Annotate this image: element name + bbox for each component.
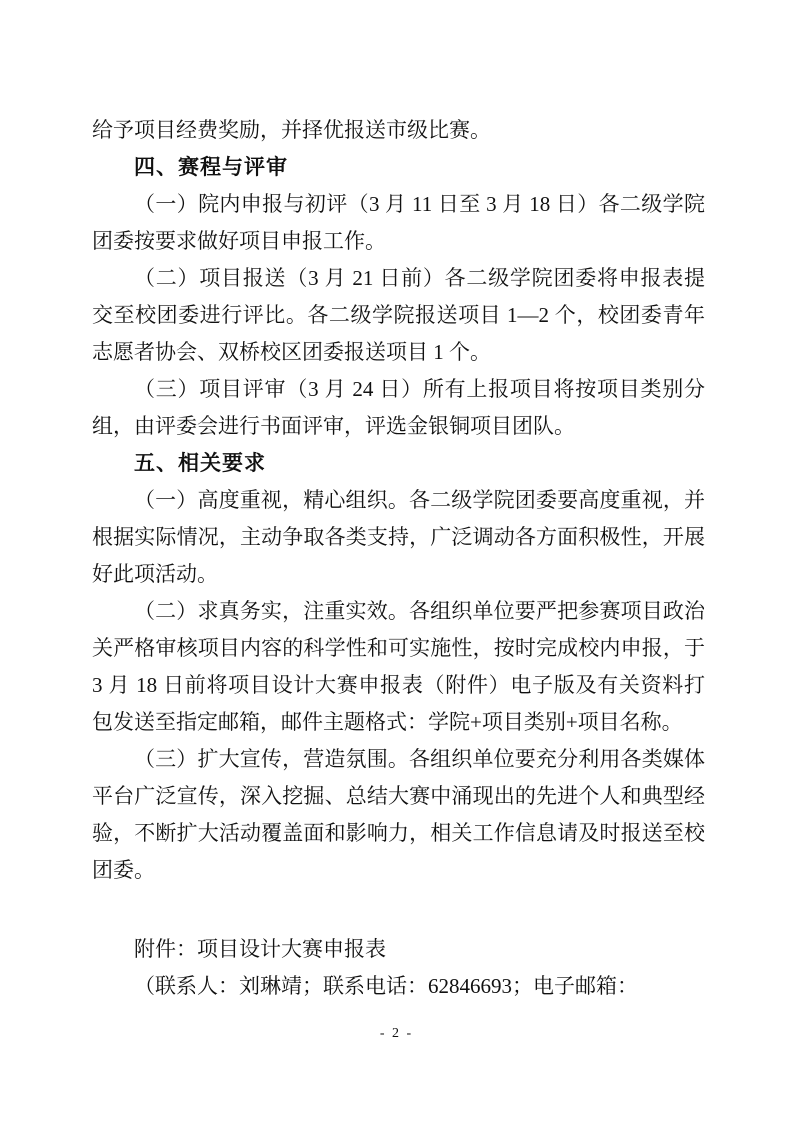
paragraph-requirement-2: （二）求真务实，注重实效。各组织单位要严把参赛项目政治关严格审核项目内容的科学性… — [92, 593, 705, 741]
document-page: 给予项目经费奖励，并择优报送市级比赛。 四、赛程与评审 （一）院内申报与初评（3… — [0, 0, 793, 1122]
section-heading-4: 四、赛程与评审 — [92, 149, 705, 186]
paragraph-continuation: 给予项目经费奖励，并择优报送市级比赛。 — [92, 112, 705, 149]
paragraph-requirement-1: （一）高度重视，精心组织。各二级学院团委要高度重视，并根据实际情况，主动争取各类… — [92, 482, 705, 593]
document-body: 给予项目经费奖励，并择优报送市级比赛。 四、赛程与评审 （一）院内申报与初评（3… — [92, 112, 705, 1005]
paragraph-requirement-3: （三）扩大宣传，营造氛围。各组织单位要充分利用各类媒体平台广泛宣传，深入挖掘、总… — [92, 741, 705, 889]
attachment-line: 附件：项目设计大赛申报表 — [92, 931, 705, 968]
contact-line: （联系人：刘琳靖；联系电话：62846693；电子邮箱： — [92, 968, 705, 1005]
paragraph-schedule-3: （三）项目评审（3 月 24 日）所有上报项目将按项目类别分组，由评委会进行书面… — [92, 371, 705, 445]
blank-line — [92, 889, 705, 931]
paragraph-schedule-2: （二）项目报送（3 月 21 日前）各二级学院团委将申报表提交至校团委进行评比。… — [92, 260, 705, 371]
page-number: - 2 - — [0, 1026, 793, 1042]
paragraph-schedule-1: （一）院内申报与初评（3 月 11 日至 3 月 18 日）各二级学院团委按要求… — [92, 186, 705, 260]
section-heading-5: 五、相关要求 — [92, 445, 705, 482]
